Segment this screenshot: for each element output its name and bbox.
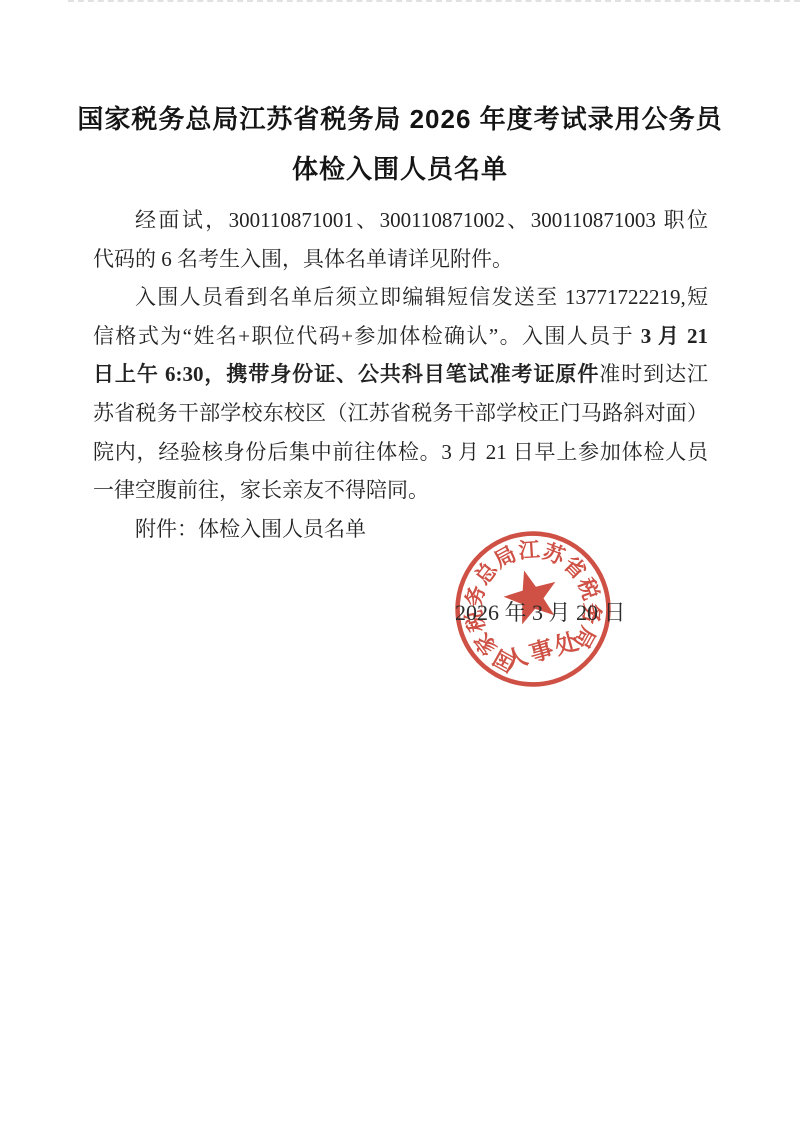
notice-document: 国家税务总局江苏省税务局 2026 年度考试录用公务员 体检入围人员名单 经面试… (0, 0, 800, 1140)
attachment-line: 附件：体检入围人员名单 (93, 510, 708, 549)
body-line: 院内，经验核身份后集中前往体检。3 月 21 日早上参加体检人员 (93, 433, 708, 472)
title-line-1: 国家税务总局江苏省税务局 2026 年度考试录用公务员 (0, 94, 800, 144)
document-date: 2026 年 3 月 20 日 (455, 599, 626, 627)
body-line: 入围人员看到名单后须立即编辑短信发送至 13771722219,短 (93, 278, 708, 317)
title-line-2: 体检入围人员名单 (0, 144, 800, 194)
body-line: 日上午 6:30，携带身份证、公共科目笔试准考证原件准时到达江 (93, 355, 708, 394)
body-line: 信格式为“姓名+职位代码+参加体检确认”。入围人员于 3 月 21 (93, 317, 708, 356)
body-line: 经面试，300110871001、300110871002、3001108710… (93, 201, 708, 240)
body-line: 苏省税务干部学校东校区（江苏省税务干部学校正门马路斜对面） (93, 394, 708, 433)
scan-artifact-line (68, 0, 800, 2)
bold-instruction-segment: 日上午 6:30，携带身份证、公共科目笔试准考证原件 (93, 362, 599, 386)
body-text-segment: 信格式为“姓名+职位代码+参加体检确认”。入围人员于 (93, 324, 641, 348)
bold-date-segment: 3 月 21 (641, 324, 708, 348)
seal-department-label: 人事处 (501, 627, 584, 674)
document-title: 国家税务总局江苏省税务局 2026 年度考试录用公务员 体检入围人员名单 (0, 94, 800, 194)
body-line: 一律空腹前往，家长亲友不得陪同。 (93, 471, 708, 510)
svg-text:江: 江 (518, 538, 542, 563)
document-body: 经面试，300110871001、300110871002、3001108710… (93, 201, 708, 548)
body-line: 代码的 6 名考生入围，具体名单请详见附件。 (93, 240, 708, 279)
body-text-segment: 准时到达江 (599, 362, 708, 386)
